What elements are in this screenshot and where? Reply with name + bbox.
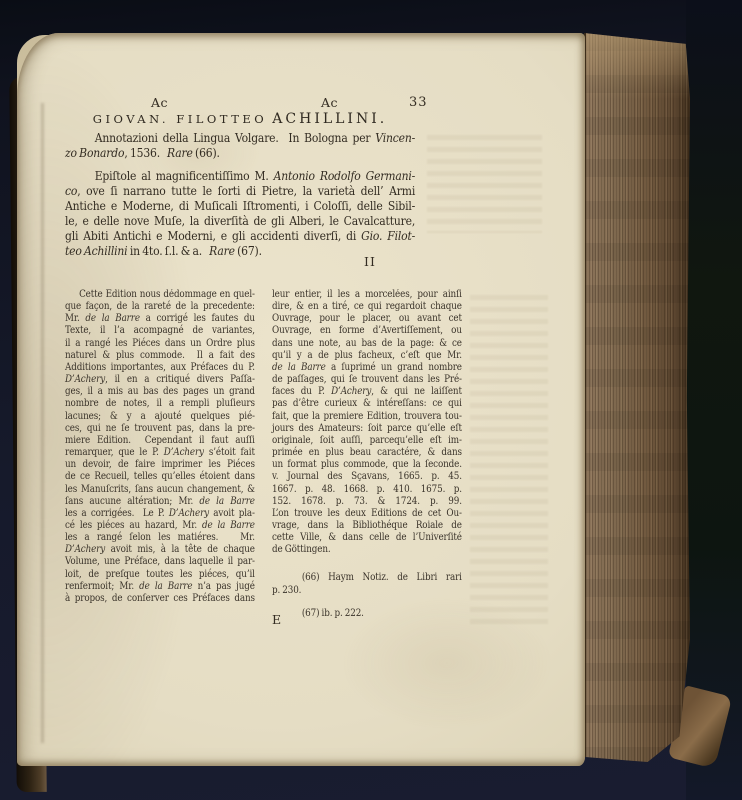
left-column: Cette Edition nous dédommage en quel-que… (65, 289, 255, 605)
text-span: s’étoit fait (204, 447, 255, 458)
text-line: ges, il a mis au bas des pages un grand (65, 386, 255, 398)
text-line: ſans aucune altération; Mr. de la Barre (65, 496, 255, 508)
text-span: dire, & en a tiré, ce qui regardoit chaq… (272, 301, 462, 312)
text-line: à propos, de conſerver ces Préfaces dans (65, 593, 255, 605)
text-line: un devoir, de faire imprimer les Piéces (65, 459, 255, 471)
text-line: primée en plus beau caractére, & dans (272, 447, 462, 459)
text-line: Ouvrage, pour le placer, ou avant cet (272, 313, 462, 325)
text-line: cette Ville, & dans celle de l’Univerſit… (272, 532, 462, 544)
text-line: (66) Haym Notiz. de Libri rari (272, 572, 462, 584)
italic-text: D’Achery (331, 386, 371, 397)
text-line: v. Journal des Sçavans, 1665. p. 45. (272, 471, 462, 483)
entry-description: Annotazioni della Lingua Volgare. In Bol… (65, 131, 415, 259)
text-line: faces du P. D’Achery, & qui ne laiſſent (272, 386, 462, 398)
text-span: les Manuſcrits, ſans aucun changement, & (65, 484, 255, 495)
text-span: Ouvrage, en forme d’Avertiſſement, ou (272, 325, 462, 336)
text-span: Mr. (65, 313, 85, 324)
text-line: Antiche e Moderne, di Muſicali Iſtroment… (65, 199, 415, 214)
text-span: a corrigé les fautes du (140, 313, 255, 324)
text-span: avoit pla- (209, 508, 255, 519)
text-line: Cette Edition nous dédommage en quel- (65, 289, 255, 301)
section-number: II (364, 254, 376, 269)
text-line: qu’il y a de plus facheux, c’eſt que Mr. (272, 350, 462, 362)
text-span: n’a pas jugé (192, 581, 254, 592)
text-span: primée en plus beau caractére, & dans (272, 447, 462, 458)
text-span: à propos, de conſerver ces Préfaces dans (65, 593, 255, 604)
text-span: miere Edition. Cependant il faut auſſi (65, 435, 255, 446)
text-line: gli Abiti Antichi e Moderni, e gli accid… (65, 229, 415, 244)
text-span: p. 230. (272, 585, 301, 596)
text-line: 152. 1678. p. 73. & 1724. p. 99. (272, 496, 462, 508)
text-line: miere Edition. Cependant il faut auſſi (65, 435, 255, 447)
text-line: le, e delle nove Muſe, la diverſità de g… (65, 214, 415, 229)
text-span: ces, qui ne ſe trouvent pas, dans la pre… (65, 423, 255, 434)
text-span: de paſſages, qui ſe trouvent dans les Pr… (272, 374, 462, 385)
text-line: les Manuſcrits, ſans aucun changement, & (65, 484, 255, 496)
text-line: L’on trouve les deux Editions de cet Ou- (272, 508, 462, 520)
text-line: leur entier, il les a morcelées, pour ai… (272, 289, 462, 301)
text-line: originale, ſoit auſſi, parcequ’elle eſt … (272, 435, 462, 447)
text-span: Annotazioni della Lingua Volgare. In Bol… (95, 131, 376, 145)
text-span: fait, que la premiere Edition, trouvera … (272, 411, 462, 422)
italic-text: D’Achery (65, 544, 105, 555)
text-line: (67) ib. p. 222. (272, 608, 462, 620)
text-line: p. 230. (272, 585, 462, 597)
text-span: les a rangé ſelon les matiéres. Mr. (65, 532, 255, 543)
text-block: (67) ib. p. 222. (272, 608, 462, 620)
text-line: il a rangé les Piéces dans un Ordre plus (65, 338, 255, 350)
text-block: Cette Edition nous dédommage en quel-que… (65, 289, 255, 605)
text-span: (66). (193, 146, 220, 160)
text-span: remarquer, que le P. (65, 447, 164, 458)
text-line: pas d’être curieux & intéreſſans: ce qui (272, 398, 462, 410)
entry-heading-forenames: GIOVAN. FILOTTEO (93, 112, 267, 126)
text-span: dans une note, au bas de la page: & ce (272, 338, 462, 349)
text-span: cé les piéces au hazard, Mr. (65, 520, 202, 531)
text-span: de Göttingen. (272, 544, 331, 555)
text-span: Antiche e Moderne, di Muſicali Iſtroment… (65, 199, 415, 213)
text-span: Ouvrage, pour le placer, ou avant cet (272, 313, 462, 324)
text-line: zo Bonardo, 1536. Rare (66). (65, 146, 415, 161)
signature-mark: E (272, 612, 281, 627)
text-span: cette Ville, & dans celle de l’Univerſit… (272, 532, 462, 543)
text-line: de paſſages, qui ſe trouvent dans les Pr… (272, 374, 462, 386)
italic-text: de la Barre (202, 520, 255, 531)
italic-text: de la Barre (199, 496, 255, 507)
text-block: (66) Haym Notiz. de Libri rarip. 230. (272, 572, 462, 596)
italic-text: de la Barre (272, 362, 326, 373)
text-span: un format plus commode, que la ſeconde. (272, 459, 462, 470)
right-column: leur entier, il les a morcelées, pour ai… (272, 289, 462, 620)
text-block: Annotazioni della Lingua Volgare. In Bol… (65, 131, 415, 161)
text-span: qu’il y a de plus facheux, c’eſt que Mr. (272, 350, 462, 361)
text-span: (67) ib. p. 222. (302, 608, 364, 619)
text-line: dire, & en a tiré, ce qui regardoit chaq… (272, 301, 462, 313)
italic-text: zo Bonardo (65, 146, 124, 160)
text-line: D’Achery avoit mis, à la tête de chaque (65, 544, 255, 556)
text-span: de ce Recueil, telles qu’elles étoient d… (65, 471, 255, 482)
text-line: lacunes; & y a ajouté quelques pié- (65, 411, 255, 423)
text-line: Mr. de la Barre a corrigé les fautes du (65, 313, 255, 325)
text-span: faces du P. (272, 386, 331, 397)
page-content: Ac Ac 33 GIOVAN. FILOTTEO ACHILLINI. Ann… (0, 0, 742, 800)
text-span: 152. 1678. p. 73. & 1724. p. 99. (272, 496, 462, 507)
text-line: Additions importantes, aux Préfaces du P… (65, 362, 255, 374)
text-line: co, ove ſi narrano tutte le ſorti di Pie… (65, 184, 415, 199)
text-span: lacunes; & y a ajouté quelques pié- (65, 411, 255, 422)
text-span: ges, il a mis au bas des pages un grand (65, 386, 255, 397)
italic-text: Rare (209, 244, 235, 258)
italic-text: Rare (167, 146, 193, 160)
text-span: pas d’être curieux & intéreſſans: ce qui (272, 398, 462, 409)
text-span: le, e delle nove Muſe, la diverſità de g… (65, 214, 415, 228)
text-span: gli Abiti Antichi e Moderni, e gli accid… (65, 229, 361, 243)
text-line: loit, de preſque toutes les piéces, qu’i… (65, 569, 255, 581)
text-line: nombre de notes, il a rempli pluſieurs (65, 398, 255, 410)
book-photo-scene: Ac Ac 33 GIOVAN. FILOTTEO ACHILLINI. Ann… (0, 0, 742, 800)
text-line: que façon, de la rareté de la precedente… (65, 301, 255, 313)
text-span: , & qui ne laiſſent (371, 386, 462, 397)
text-span: in 4to. ſ.l. & a. (127, 244, 209, 258)
text-line: Ouvrage, en forme d’Avertiſſement, ou (272, 325, 462, 337)
text-line: cé les piéces au hazard, Mr. de la Barre (65, 520, 255, 532)
text-line: jours des Amateurs: ſoit parce qu’elle e… (272, 423, 462, 435)
text-line: fait, que la premiere Edition, trouvera … (272, 411, 462, 423)
text-line: renfermoit; Mr. de la Barre n’a pas jugé (65, 581, 255, 593)
text-line: de Göttingen. (272, 544, 462, 556)
text-line: Epiſtole al magnificentiſſimo M. Antonio… (65, 169, 415, 184)
text-span: (66) Haym Notiz. de Libri rari (302, 572, 462, 583)
text-line: 1667. p. 48. 1668. p. 410. 1675. p. (272, 484, 462, 496)
text-span: Additions importantes, aux Préfaces du P… (65, 362, 255, 373)
italic-text: D’Achery (164, 447, 204, 458)
entry-heading: GIOVAN. FILOTTEO ACHILLINI. (65, 108, 415, 127)
italic-text: de la Barre (85, 313, 140, 324)
italic-text: co (65, 184, 77, 198)
text-span: Cette Edition nous dédommage en quel- (79, 289, 255, 300)
text-line: vrage, dans la Bibliothéque Roiale de (272, 520, 462, 532)
text-line: Annotazioni della Lingua Volgare. In Bol… (65, 131, 415, 146)
text-span: que façon, de la rareté de la precedente… (65, 301, 255, 312)
text-line: les a corrigées. Le P. D’Achery avoit pl… (65, 508, 255, 520)
text-span: les a corrigées. Le P. (65, 508, 169, 519)
text-span: loit, de preſque toutes les piéces, qu’i… (65, 569, 255, 580)
text-line: Volume, une Préface, dans laquelle il pa… (65, 556, 255, 568)
text-span: v. Journal des Sçavans, 1665. p. 45. (272, 471, 462, 482)
text-line: de la Barre a ſuprimé un grand nombre (272, 362, 462, 374)
text-line: D’Achery, il en a critiqué divers Paſſa- (65, 374, 255, 386)
entry-heading-surname: ACHILLINI. (272, 111, 387, 127)
text-span: (67). (235, 244, 262, 258)
text-span: Volume, une Préface, dans laquelle il pa… (65, 556, 255, 567)
italic-text: Gio. Filot- (361, 229, 415, 243)
text-span: leur entier, il les a morcelées, pour ai… (272, 289, 462, 300)
text-span: naturel & plus commode. Il a fait des (65, 350, 255, 361)
text-line: Texte, il l’a acompagné de variantes, (65, 325, 255, 337)
italic-text: de la Barre (139, 581, 192, 592)
text-line: de ce Recueil, telles qu’elles étoient d… (65, 471, 255, 483)
text-span: ſans aucune altération; Mr. (65, 496, 199, 507)
text-span: Texte, il l’a acompagné de variantes, (65, 325, 255, 336)
text-span: , il en a critiqué divers Paſſa- (105, 374, 255, 385)
text-span: renfermoit; Mr. (65, 581, 139, 592)
text-line: remarquer, que le P. D’Achery s’étoit fa… (65, 447, 255, 459)
text-line: les a rangé ſelon les matiéres. Mr. (65, 532, 255, 544)
text-span: nombre de notes, il a rempli pluſieurs (65, 398, 255, 409)
text-span: L’on trouve les deux Editions de cet Ou- (272, 508, 462, 519)
italic-text: D’Achery (65, 374, 105, 385)
italic-text: Antonio Rodolfo Germani- (274, 169, 415, 183)
text-span: originale, ſoit auſſi, parcequ’elle eſt … (272, 435, 462, 446)
text-block: Epiſtole al magnificentiſſimo M. Antonio… (65, 169, 415, 259)
text-line: naturel & plus commode. Il a fait des (65, 350, 255, 362)
text-span: , 1536. (124, 146, 167, 160)
text-line: ces, qui ne ſe trouvent pas, dans la pre… (65, 423, 255, 435)
text-span: vrage, dans la Bibliothéque Roiale de (272, 520, 462, 531)
text-span: , ove ſi narrano tutte le ſorti di Pietr… (77, 184, 415, 198)
text-block: leur entier, il les a morcelées, pour ai… (272, 289, 462, 556)
text-span: jours des Amateurs: ſoit parce qu’elle e… (272, 423, 462, 434)
text-line: dans une note, au bas de la page: & ce (272, 338, 462, 350)
italic-text: D’Achery (169, 508, 209, 519)
text-line: teo Achillini in 4to. ſ.l. & a. Rare (67… (65, 244, 415, 259)
italic-text: Vincen- (375, 131, 415, 145)
text-span: un devoir, de faire imprimer les Piéces (65, 459, 255, 470)
text-span: il a rangé les Piéces dans un Ordre plus (65, 338, 255, 349)
text-span: Epiſtole al magnificentiſſimo M. (95, 169, 274, 183)
text-line: un format plus commode, que la ſeconde. (272, 459, 462, 471)
italic-text: teo Achillini (65, 244, 127, 258)
text-span: 1667. p. 48. 1668. p. 410. 1675. p. (272, 484, 462, 495)
text-span: a ſuprimé un grand nombre (326, 362, 462, 373)
text-span: avoit mis, à la tête de chaque (105, 544, 255, 555)
